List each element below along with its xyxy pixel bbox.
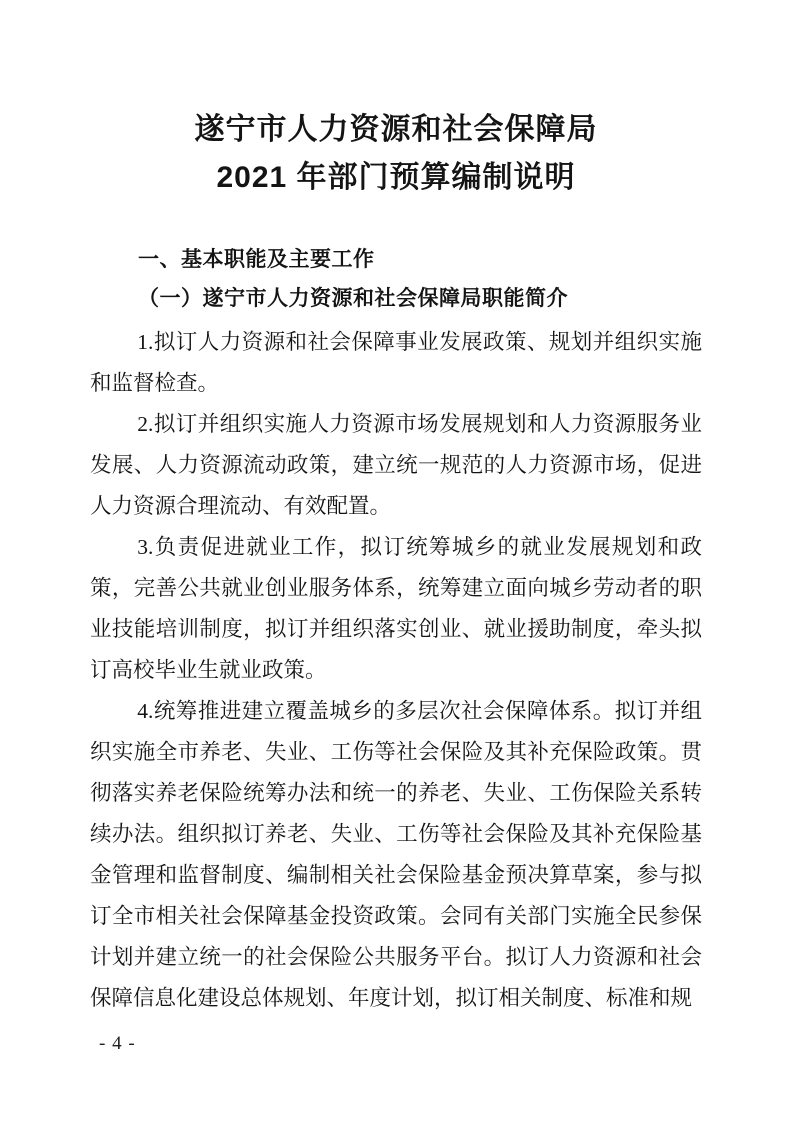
paragraph-2: 2.拟订并组织实施人力资源市场发展规划和人力资源服务业发展、人力资源流动政策，建… xyxy=(90,404,702,527)
document-title-line2: 2021 年部门预算编制说明 xyxy=(90,154,702,202)
document-page: 遂宁市人力资源和社会保障局 2021 年部门预算编制说明 一、基本职能及主要工作… xyxy=(0,0,793,1122)
section-heading-basic-functions: 一、基本职能及主要工作 xyxy=(90,241,702,279)
page-content: 遂宁市人力资源和社会保障局 2021 年部门预算编制说明 一、基本职能及主要工作… xyxy=(0,0,793,1019)
paragraph-1: 1.拟订人力资源和社会保障事业发展政策、规划并组织实施和监督检查。 xyxy=(90,322,702,404)
paragraph-4: 4.统筹推进建立覆盖城乡的多层次社会保障体系。拟订并组织实施全市养老、失业、工伤… xyxy=(90,691,702,1019)
subsection-heading-bureau-functions-intro: （一）遂宁市人力资源和社会保障局职能简介 xyxy=(90,279,702,317)
document-title-line1: 遂宁市人力资源和社会保障局 xyxy=(90,106,702,154)
page-number: - 4 - xyxy=(99,1033,136,1055)
paragraph-3: 3.负责促进就业工作，拟订统筹城乡的就业发展规划和政策，完善公共就业创业服务体系… xyxy=(90,527,702,691)
